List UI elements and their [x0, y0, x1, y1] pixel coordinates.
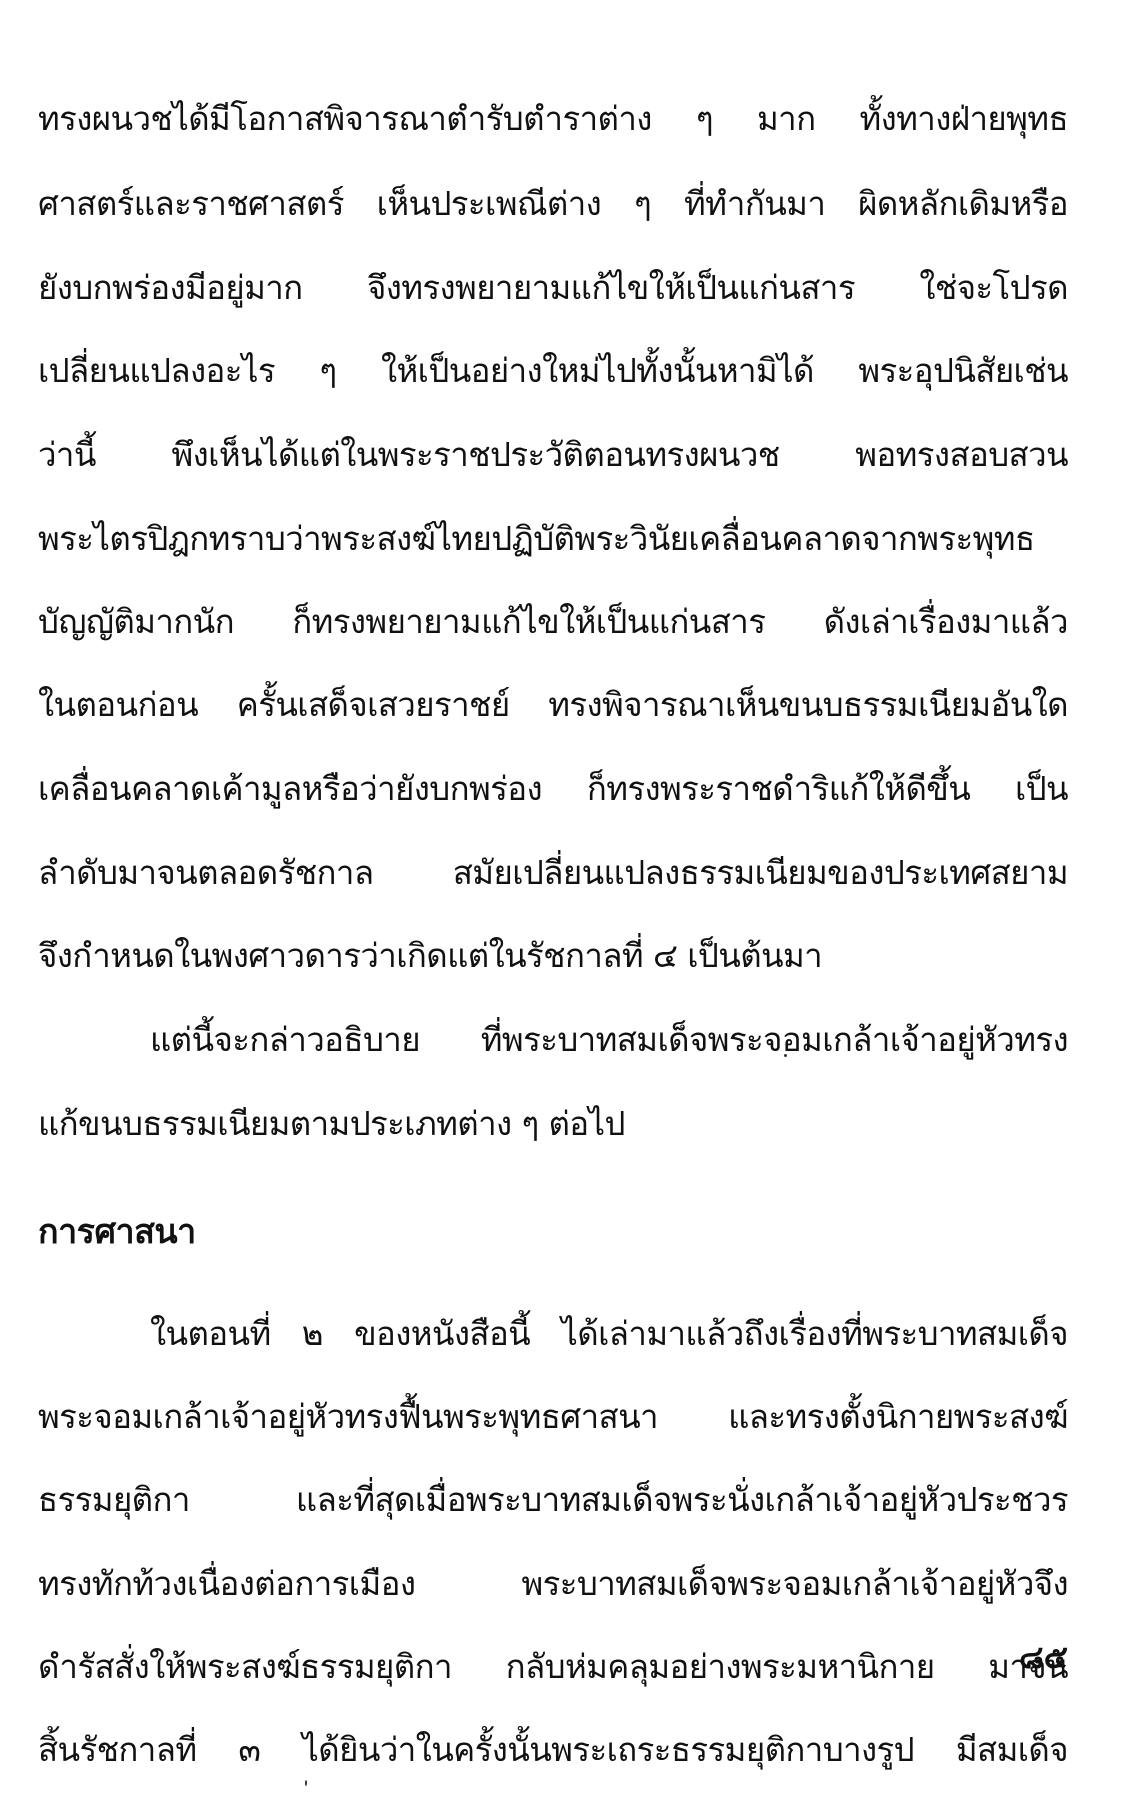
text-line: ในตอนที่ ๒ ของหนังสือนี้ ได้เล่ามาแล้วถึ… [150, 1312, 1068, 1356]
text-line: ในตอนก่อน ครั้นเสด็จเสวยราชย์ ทรงพิจารณา… [38, 683, 1068, 727]
text-line: เปลี่ยนแปลงอะไร ๆ ให้เป็นอย่างใหม่ไปทั้ง… [38, 349, 1068, 393]
document-page: ทรงผนวชได้มีโอกาสพิจารณาตำรับตำราต่าง ๆ … [0, 0, 1134, 1800]
text-line: แต่นี้จะกล่าวอธิบาย ที่พระบาทสมเด็จพระจอ… [150, 1018, 1068, 1062]
text-line: ยังบกพร่องมีอยู่มาก จึงทรงพยายามแก้ไขให้… [38, 266, 1068, 310]
text-line: แก้ขนบธรรมเนียมตามประเภทต่าง ๆ ต่อไป [38, 1102, 1068, 1146]
scan-speck [305, 1780, 307, 1786]
text-line: พระไตรปิฎกทราบว่าพระสงฆ์ไทยปฏิบัติพระวิน… [38, 517, 1068, 561]
page-number: ๘๕ [1019, 1637, 1068, 1677]
text-line: ศาสตร์และราชศาสตร์ เห็นประเพณีต่าง ๆ ที่… [38, 182, 1068, 226]
scan-speck [784, 1054, 787, 1057]
text-line: ทรงผนวชได้มีโอกาสพิจารณาตำรับตำราต่าง ๆ … [38, 97, 1068, 141]
text-line: สิ้นรัชกาลที่ ๓ ได้ยินว่าในครั้งนั้นพระเ… [38, 1728, 1068, 1772]
text-line: ดำรัสสั่งให้พระสงฆ์ธรรมยุติกา กลับห่มคลุ… [38, 1645, 1068, 1689]
text-line: เคลื่อนคลาดเค้ามูลหรือว่ายังบกพร่อง ก็ทร… [38, 767, 1068, 811]
text-line: ลำดับมาจนตลอดรัชกาล สมัยเปลี่ยนแปลงธรรมเ… [38, 851, 1068, 895]
text-line: ว่านี้ พึงเห็นได้แต่ในพระราชประวัติตอนทร… [38, 433, 1068, 477]
text-line: ทรงทักท้วงเนื่องต่อการเมือง พระบาทสมเด็จ… [38, 1562, 1068, 1606]
text-line: ธรรมยุติกา และที่สุดเมื่อพระบาทสมเด็จพระ… [38, 1478, 1068, 1522]
text-line: จึงกำหนดในพงศาวดารว่าเกิดแต่ในรัชกาลที่ … [38, 934, 1068, 978]
section-heading: การศาสนา [38, 1210, 196, 1254]
text-line: บัญญัติมากนัก ก็ทรงพยายามแก้ไขให้เป็นแก่… [38, 600, 1068, 644]
text-line: พระจอมเกล้าเจ้าอยู่หัวทรงฟื้นพระพุทธศาสน… [38, 1395, 1068, 1439]
